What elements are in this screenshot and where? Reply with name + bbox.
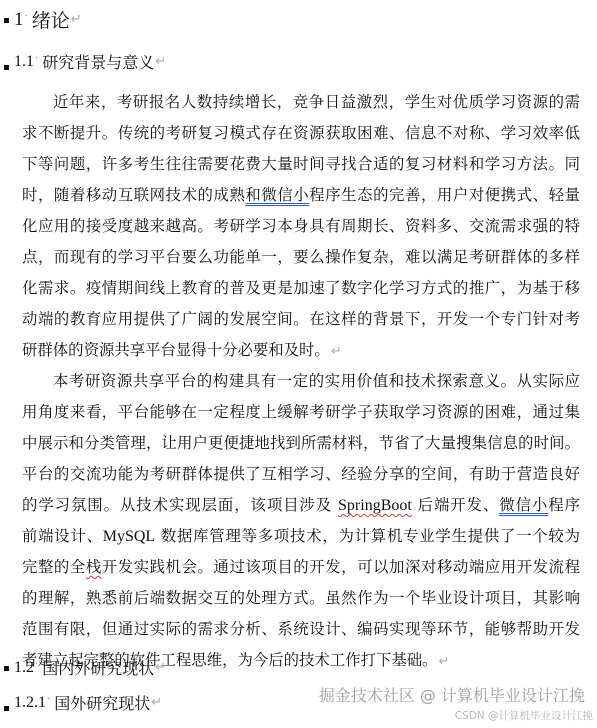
text-line: 点，而现有的学习平台要么功能单一，要么操作复杂，难以满足考研群体的多样 <box>22 242 580 273</box>
text-line: 中展示和分类管理，让用户更便捷地找到所需材料，节省了大量搜集信息的时间。 <box>22 428 580 459</box>
text-line: 完整的全栈开发实践机会。通过该项目的开发，可以加深对移动端应用开发流程 <box>22 552 580 583</box>
paragraph-significance: 本考研资源共享平台的构建具有一定的实用价值和技术探索意义。从实际应 用角度来看，… <box>22 366 580 676</box>
text-line: 化需求。疫情期间线上教育的普及更是加速了数字化学习方式的推广，为基于移 <box>22 273 580 304</box>
watermark-juejin: 掘金技术社区 @ 计算机毕业设计江挽 <box>319 683 585 706</box>
text-line: 的学习氛围。从技术实现层面，该项目涉及 SpringBoot 后端开发、微信小程… <box>22 490 580 521</box>
heading-title: 研究背景与意义 <box>42 50 154 73</box>
text-line: 近年来，考研报名人数持续增长，竞争日益激烈，学生对优质学习资源的需 <box>22 87 580 118</box>
heading-number: 1.1 <box>14 53 34 71</box>
spelling-flag[interactable]: 栈 <box>86 558 102 576</box>
tab-mark-icon: · <box>35 53 38 64</box>
text-line: 的理解，熟悉前后端数据交互的处理方式。虽然作为一个毕业设计项目，其影响 <box>22 583 580 614</box>
text-line: 研群体的资源共享平台显得十分必要和及时。↵ <box>22 335 580 366</box>
text-line: 求不断提升。传统的考研复习模式存在资源获取困难、信息不对称、学习效率低 <box>22 118 580 149</box>
tab-mark-icon: · <box>25 11 28 22</box>
tab-mark-icon: · <box>35 659 38 670</box>
heading-title: 国外研究现状 <box>54 691 150 714</box>
text-line: 动端的教育应用提供了广阔的发展空间。在这样的背景下，开发一个专门针对考 <box>22 304 580 335</box>
text-line: 本考研资源共享平台的构建具有一定的实用价值和技术探索意义。从实际应 <box>22 366 580 397</box>
heading-bullet-icon <box>4 666 9 671</box>
spelling-flag[interactable]: SpringBoot <box>338 497 412 514</box>
heading-number: 1.2 <box>14 659 34 677</box>
text-line: 时，随着移动互联网技术的成熟和微信小程序生态的完善，用户对便携式、轻量 <box>22 180 580 211</box>
heading-1-2: 1.2 · 国内外研究现状 ↵ <box>4 656 166 679</box>
text-line: 前端设计、MySQL 数据库管理等多项技术，为计算机专业学生提供了一个较为 <box>22 521 580 552</box>
paragraph-mark-icon: ↵ <box>439 654 450 669</box>
grammar-flag[interactable]: 和微信小 <box>245 186 309 204</box>
text-line: 化应用的接受度越来越高。考研学习本身具有周期长、资料多、交流需求强的特 <box>22 211 580 242</box>
heading-number: 1 <box>14 9 24 31</box>
text-line: 平台的交流功能为考研群体提供了互相学习、经验分享的空间，有助于营造良好 <box>22 459 580 490</box>
heading-bullet-icon <box>4 65 9 70</box>
heading-1-1: 1.1 · 研究背景与意义 ↵ <box>4 50 166 73</box>
heading-1-2-1: 1.2.1 · 国外研究现状 ↵ <box>4 691 162 714</box>
heading-title: 国内外研究现状 <box>42 656 154 679</box>
heading-1: 1 · 绪论 ↵ <box>4 6 82 33</box>
heading-bullet-icon <box>4 706 9 711</box>
text-line: 下等问题，许多考生往往需要花费大量时间寻找合适的复习材料和学习方法。同 <box>22 149 580 180</box>
heading-number: 1.2.1 <box>14 694 46 712</box>
paragraph-background: 近年来，考研报名人数持续增长，竞争日益激烈，学生对优质学习资源的需 求不断提升。… <box>22 87 580 366</box>
text-line: 用角度来看，平台能够在一定程度上缓解考研学子获取学习资源的困难，通过集 <box>22 397 580 428</box>
paragraph-mark-icon: ↵ <box>331 344 342 359</box>
grammar-flag[interactable]: 微信小 <box>499 496 548 514</box>
watermark-csdn: CSDN @计算机毕业设计江挽 <box>455 708 593 723</box>
paragraph-mark-icon: ↵ <box>155 54 166 69</box>
heading-title: 绪论 <box>32 6 70 33</box>
paragraph-mark-icon: ↵ <box>71 12 82 27</box>
paragraph-mark-icon: ↵ <box>151 695 162 710</box>
text-line: 范围有限，但通过实际的需求分析、系统设计、编码实现等环节，能够帮助开发 <box>22 614 580 645</box>
tab-mark-icon: · <box>47 694 50 705</box>
heading-bullet-icon <box>4 18 9 23</box>
paragraph-mark-icon: ↵ <box>155 660 166 675</box>
